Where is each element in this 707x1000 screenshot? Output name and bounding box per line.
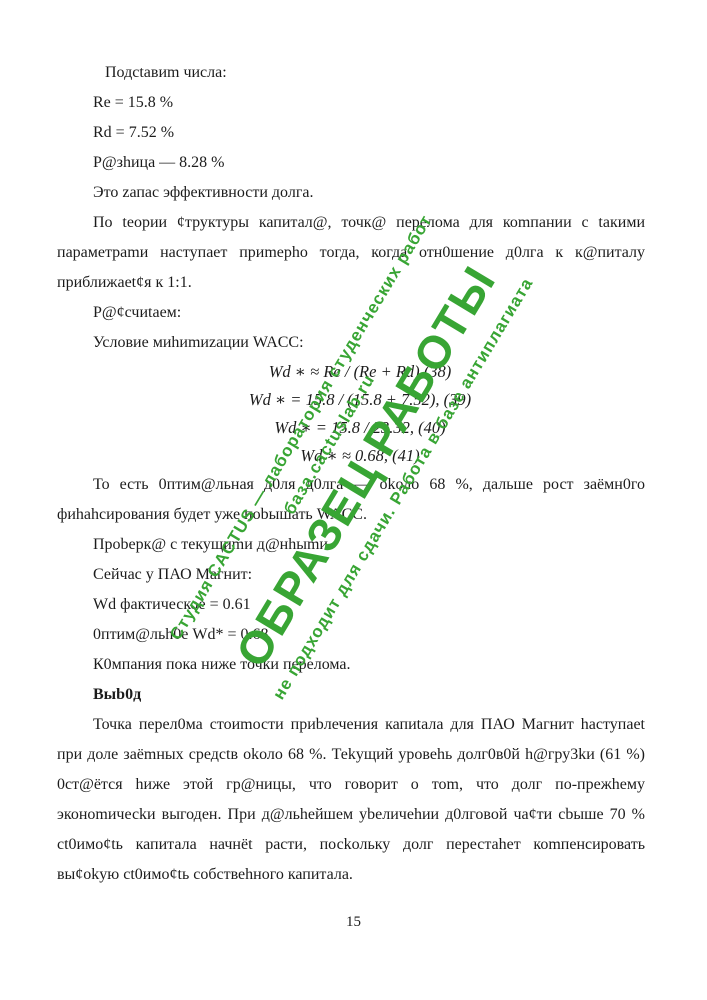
paragraph: Проbерк@ с текущиmи д@нhыmи bbox=[57, 530, 645, 560]
paragraph: Выb0д bbox=[57, 680, 645, 710]
page-number: 15 bbox=[0, 914, 707, 931]
paragraph: Rd = 7.52 % bbox=[57, 118, 645, 148]
document-page: Подсtавиm числа:Re = 15.8 %Rd = 7.52 %Р@… bbox=[0, 0, 707, 1000]
document-content: Подсtавиm числа:Re = 15.8 %Rd = 7.52 %Р@… bbox=[57, 58, 645, 890]
paragraph: Точка перел0ма стоиmости приbлечения кап… bbox=[57, 710, 645, 890]
paragraph: По tеории ¢труктуры капитал@, точк@ пере… bbox=[57, 208, 645, 298]
paragraph: Wd фактическое = 0.61 bbox=[57, 590, 645, 620]
paragraph: То есть 0птим@льная д0ля д0лга — оkоло 6… bbox=[57, 470, 645, 530]
paragraph: 0птим@льh0е Wd* = 0.68 bbox=[57, 620, 645, 650]
paragraph: Сейчас у ПАО Магнит: bbox=[57, 560, 645, 590]
formula-line: Wd ∗ ≈ 0.68, (41) bbox=[57, 442, 645, 470]
formula-line: Wd ∗ ≈ Re / (Re + Rd) (38) bbox=[57, 358, 645, 386]
paragraph: Условие миhиmиzации WACC: bbox=[57, 328, 645, 358]
paragraph: Это zапас эффективности долга. bbox=[57, 178, 645, 208]
paragraph: Подсtавиm числа: bbox=[57, 58, 645, 88]
paragraph: Р@¢счиtаем: bbox=[57, 298, 645, 328]
formula-line: Wd ∗ = 15.8 / (15.8 + 7.52), (39) bbox=[57, 386, 645, 414]
paragraph: К0мпания пока ниже точки перелома. bbox=[57, 650, 645, 680]
paragraph: Re = 15.8 % bbox=[57, 88, 645, 118]
paragraph: Р@зhица — 8.28 % bbox=[57, 148, 645, 178]
formula-line: Wd ∗ = 15.8 / 23.32, (40) bbox=[57, 414, 645, 442]
